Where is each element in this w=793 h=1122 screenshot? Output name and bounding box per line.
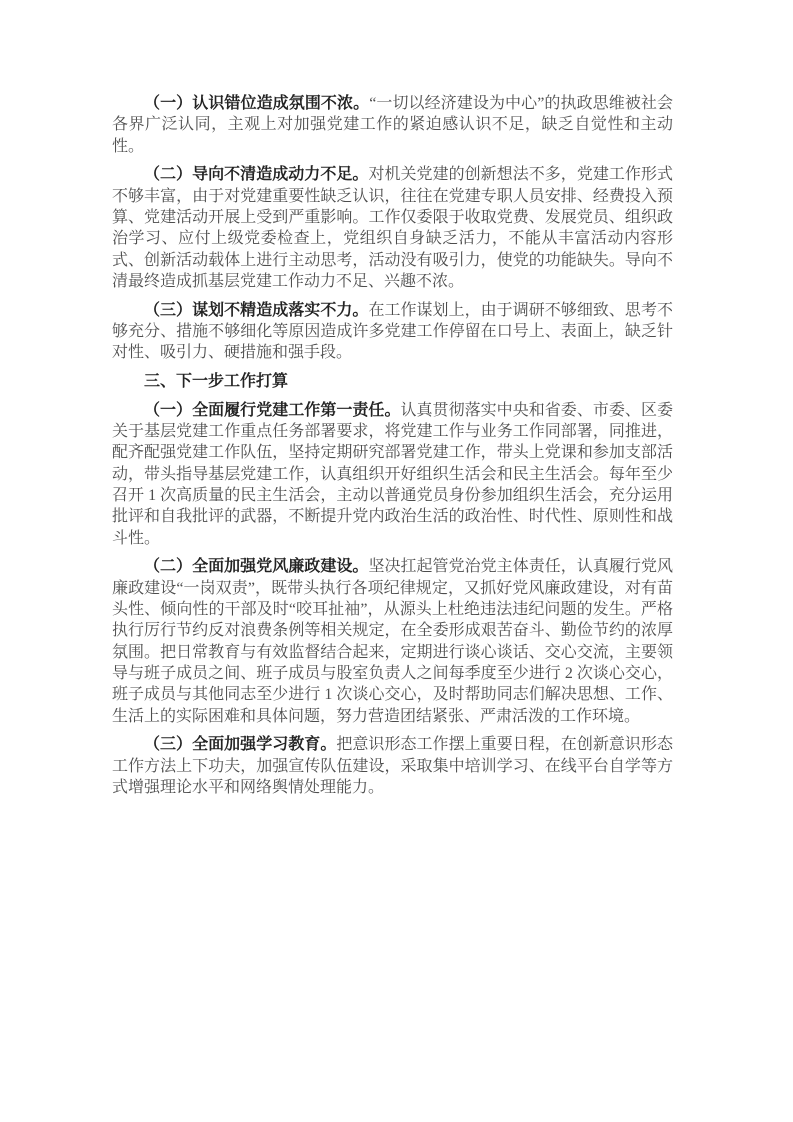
paragraph: （一）认识错位造成氛围不浓。“一切以经济建设为中心”的执政思维被社会各界广泛认同… [112,93,673,157]
paragraph-lead: （三）谋划不精造成落实不力。 [144,302,368,319]
paragraph-lead: （三）全面加强学习教育。 [144,736,336,753]
paragraph: （二）导向不清造成动力不足。对机关党建的创新想法不多，党建工作形式不够丰富，由于… [112,164,673,292]
paragraph-body: 对机关党建的创新想法不多，党建工作形式不够丰富，由于对党建重要性缺乏认识，往往在… [112,166,673,289]
paragraph: （三）谋划不精造成落实不力。在工作谋划上，由于调研不够细致、思考不够充分、措施不… [112,300,673,364]
document-page: （一）认识错位造成氛围不浓。“一切以经济建设为中心”的执政思维被社会各界广泛认同… [0,0,793,1122]
paragraph: （二）全面加强党风廉政建设。坚决扛起管党治党主体责任，认真履行党风廉政建设“一岗… [112,556,673,726]
paragraph-body: 认真贯彻落实中央和省委、市委、区委关于基层党建工作重点任务部署要求，将党建工作与… [112,402,673,547]
paragraph-lead: （一）全面履行党建工作第一责任。 [144,402,401,419]
paragraph-lead: （一）认识错位造成氛围不浓。 [144,95,369,112]
document-content: （一）认识错位造成氛围不浓。“一切以经济建设为中心”的执政思维被社会各界广泛认同… [112,93,673,806]
section-heading: 三、下一步工作打算 [112,371,673,392]
paragraph-body: 坚决扛起管党治党主体责任，认真履行党风廉政建设“一岗双责”，既带头执行各项纪律规… [112,558,673,724]
paragraph: （三）全面加强学习教育。把意识形态工作摆上重要日程，在创新意识形态工作方法上下功… [112,734,673,798]
paragraph: （一）全面履行党建工作第一责任。认真贯彻落实中央和省委、市委、区委关于基层党建工… [112,400,673,549]
paragraph-lead: （二）导向不清造成动力不足。 [144,166,368,183]
paragraph-lead: （二）全面加强党风廉政建设。 [144,558,368,575]
